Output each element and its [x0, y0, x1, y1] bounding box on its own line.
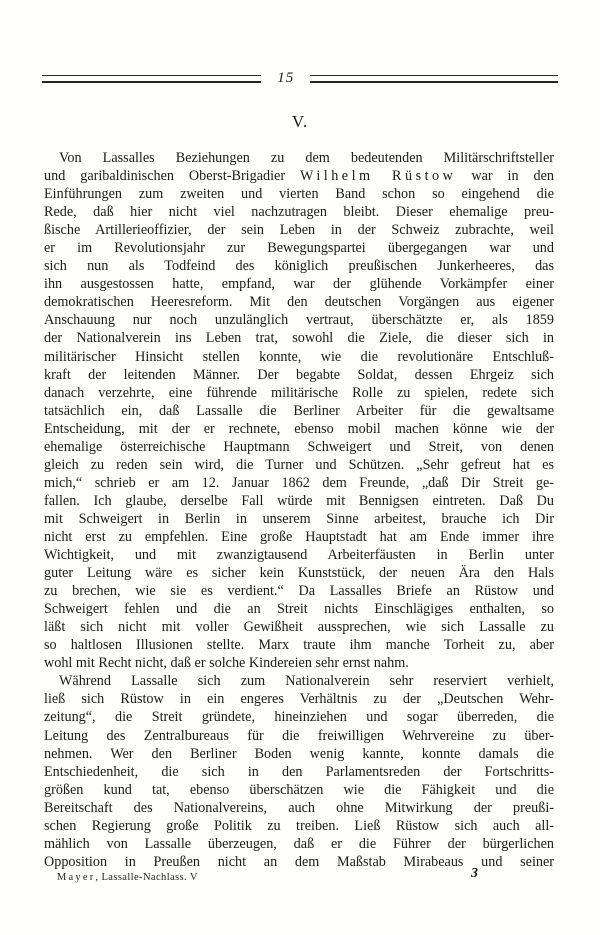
text-segment: , Lassalle-Nachlass. V: [95, 872, 198, 883]
text-line: Leitung des Zentralbureaus für die freiw…: [44, 727, 554, 745]
text-line: mit Schweigert in Berlin in unserem Sinn…: [44, 510, 554, 528]
text-line: schen Regierung große Politik zu treiben…: [44, 817, 554, 835]
text-line: danach verzehrte, eine führende militäri…: [44, 384, 554, 402]
text-line: Schweigert fehlen und die an Streit nich…: [44, 600, 554, 618]
text-line: läßt sich nicht mit voller Gewißheit aus…: [44, 618, 554, 636]
text-line: nicht erst zu empfehlen. Eine große Haup…: [44, 528, 554, 546]
header-rule-right: [310, 75, 558, 83]
text-line: ihn ausgestossen hatte, empfand, war der…: [44, 275, 554, 293]
text-line: Entscheidung, mit der er rechnete, ebens…: [44, 420, 554, 438]
text-line: Von Lassalles Beziehungen zu dem bedeute…: [44, 149, 554, 167]
text-line: Rede, daß hier nicht viel nachzutragen b…: [44, 203, 554, 221]
text-line: er im Revolutionsjahr zur Bewegungsparte…: [44, 239, 554, 257]
text-line: kraft der leitenden Männer. Der begabte …: [44, 366, 554, 384]
text-segment: war in den: [456, 168, 554, 184]
text-line: Einführungen zum zweiten und vierten Ban…: [44, 185, 554, 203]
text-segment: und garibaldinischen Oberst-Brigadier: [44, 168, 300, 184]
text-line: zu brechen, wie sie es verdient.“ Da Las…: [44, 582, 554, 600]
section-heading: V.: [0, 112, 600, 132]
text-line: mich,“ schrieb er am 12. Januar 1862 dem…: [44, 474, 554, 492]
text-line: Bereitschaft des Nationalvereins, auch o…: [44, 799, 554, 817]
text-line: ließ sich Rüstow in ein engeres Verhältn…: [44, 690, 554, 708]
paragraph: Von Lassalles Beziehungen zu dem bedeute…: [44, 149, 554, 672]
letterspaced-text: Mayer: [57, 872, 95, 883]
footer-signature: Mayer, Lassalle-Nachlass. V: [57, 872, 198, 883]
header-rule-left: [42, 75, 261, 83]
text-line: zeitung“, die Streit gründete, hineinzie…: [44, 708, 554, 726]
text-block: Von Lassalles Beziehungen zu dem bedeute…: [44, 149, 554, 871]
text-line: der Nationalverein ins Leben trat, sowoh…: [44, 329, 554, 347]
text-line: sich nun als Todfeind des königlich preu…: [44, 257, 554, 275]
text-line: nehmen. Wer den Berliner Boden wenig kan…: [44, 745, 554, 763]
text-line: Wichtigkeit, und mit zwanzigtausend Arbe…: [44, 546, 554, 564]
book-page: 15 V. Von Lassalles Beziehungen zu dem b…: [0, 0, 600, 935]
text-line: wohl mit Recht nicht, daß er solche Kind…: [44, 654, 554, 672]
text-line: fallen. Ich glaube, derselbe Fall würde …: [44, 492, 554, 510]
text-line: so haltlosen Illusionen stellte. Marx tr…: [44, 636, 554, 654]
running-head: 15: [42, 71, 558, 87]
text-line: größen kund tat, ebenso überschätzen wie…: [44, 781, 554, 799]
text-line: mählich von Lassalle überzeugen, daß er …: [44, 835, 554, 853]
text-line: Während Lassalle sich zum Nationalverein…: [44, 672, 554, 690]
header-page-number: 15: [261, 70, 310, 87]
text-line: ehemalige österreichische Hauptmann Schw…: [44, 438, 554, 456]
text-line: demokratischen Heeresreform. Mit den deu…: [44, 293, 554, 311]
text-line: Anschauung nur noch unzulänglich vertrau…: [44, 311, 554, 329]
text-line: tatsächlich ein, daß Lassalle die Berlin…: [44, 402, 554, 420]
text-line: und garibaldinischen Oberst-Brigadier Wi…: [44, 167, 554, 185]
text-line: gleich zu reden sein wird, die Turner un…: [44, 456, 554, 474]
text-line: militärischer Hinsicht stellen konnte, w…: [44, 348, 554, 366]
text-line: guter Leitung wäre es sicher kein Kunsts…: [44, 564, 554, 582]
text-line: ßische Artillerieoffizier, der sein Lebe…: [44, 221, 554, 239]
footer-sheet-number: 3: [471, 866, 478, 882]
letterspaced-text: Wilhelm Rüstow: [300, 168, 456, 184]
paragraph: Während Lassalle sich zum Nationalverein…: [44, 672, 554, 871]
text-line: Entschiedenheit, die sich in den Parlame…: [44, 763, 554, 781]
